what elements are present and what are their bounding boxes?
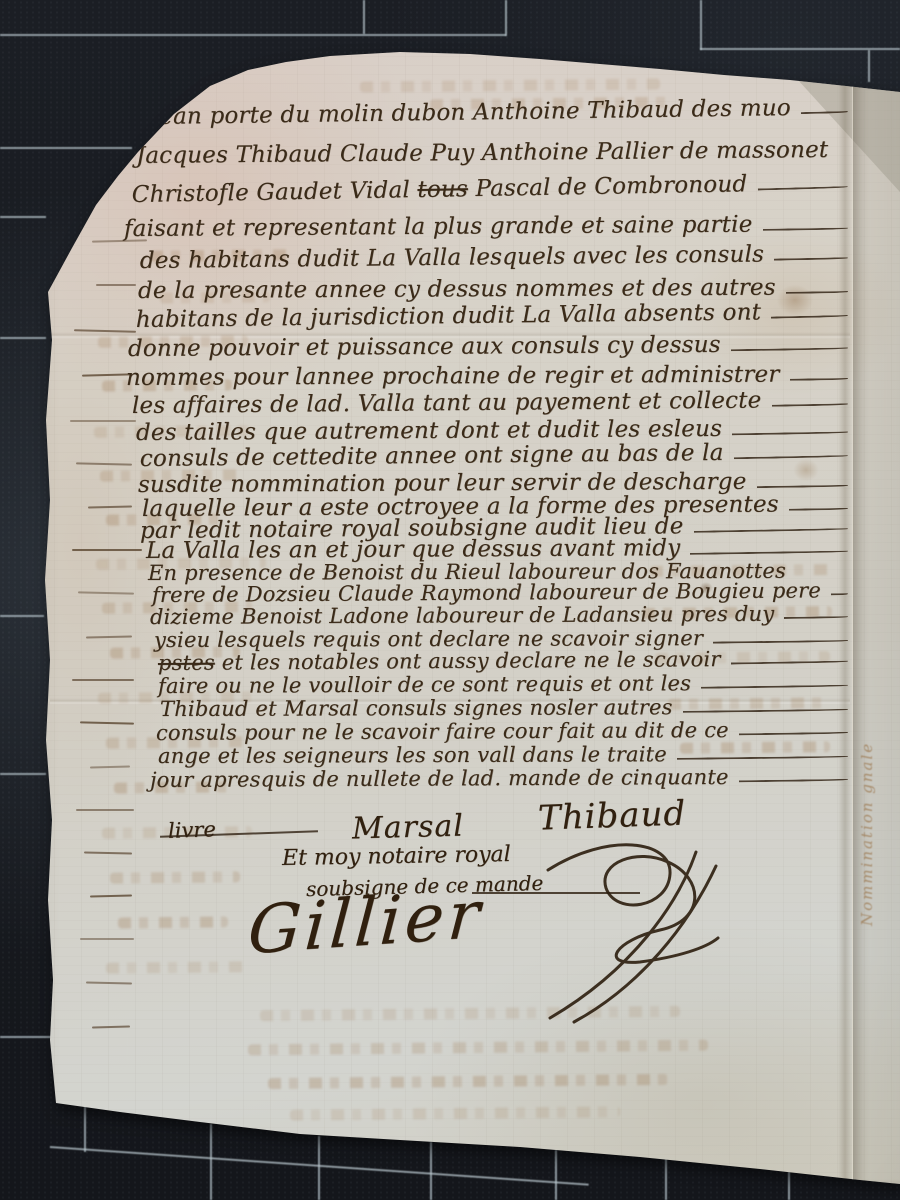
- line-filler-dash: [701, 685, 848, 689]
- manuscript-line: donne pouvoir et puissance aux consuls c…: [128, 331, 848, 362]
- line-filler-dash: [790, 378, 848, 381]
- line-filler-dash: [774, 257, 848, 260]
- line-text: Thibaud et Marsal consuls signes nosler …: [160, 695, 673, 721]
- line-filler-dash: [677, 756, 848, 760]
- manuscript-line: dizieme Benoist Ladone laboureur de Lada…: [150, 601, 848, 629]
- line-filler-dash: [739, 779, 848, 783]
- line-text: donne pouvoir et puissance aux consuls c…: [128, 332, 721, 362]
- notary-paraph: [520, 826, 730, 1026]
- manuscript-sheet-wrap: Jean porte du molin dubon Anthoine Thiba…: [0, 0, 900, 1200]
- line-filler-dash: [771, 315, 848, 319]
- line-filler-dash: [731, 347, 848, 351]
- line-filler-dash: [757, 485, 848, 488]
- line-text: dizieme Benoist Ladone laboureur de Lada…: [150, 602, 774, 629]
- verso-dash: [70, 420, 136, 422]
- verso-dash: [72, 679, 134, 681]
- vertical-docket-text: Nommination gnale: [858, 596, 876, 926]
- line-text: nommes pour lannee prochaine de regir et…: [126, 362, 780, 391]
- line-filler-dash: [683, 709, 848, 713]
- manuscript-line: consuls pour ne le scavoir faire cour fa…: [156, 717, 848, 745]
- line-text: ange et les seigneurs les son vall dans …: [158, 742, 667, 768]
- verso-dash: [76, 809, 134, 811]
- line-filler-dash: [801, 111, 848, 114]
- line-filler-dash: [713, 640, 848, 644]
- line-text: faire ou ne le voulloir de ce sont requi…: [158, 671, 691, 698]
- line-filler-dash: [786, 291, 848, 294]
- photo-scene: Jean porte du molin dubon Anthoine Thiba…: [0, 0, 900, 1200]
- manuscript-line: jour apresquis de nullete de lad. mande …: [150, 764, 848, 792]
- line-filler-dash: [771, 403, 847, 406]
- verso-dash: [72, 549, 142, 551]
- line-text: jour apresquis de nullete de lad. mande …: [150, 765, 729, 792]
- notary-attestation-line-1: Et moy notaire royal: [282, 842, 511, 871]
- line-text: Pascal de Combronoud: [468, 171, 748, 202]
- struck-word: pstes: [158, 651, 215, 675]
- line-text: Christofle Gaudet Vidal: [132, 177, 418, 208]
- line-filler-dash: [732, 432, 848, 436]
- struck-word: tous: [417, 176, 468, 203]
- line-text: consuls pour ne le scavoir faire cour fa…: [156, 718, 729, 745]
- amount-word: livre: [168, 817, 217, 843]
- verso-dash: [96, 284, 136, 286]
- line-filler-dash: [757, 186, 847, 190]
- line-filler-dash: [731, 661, 848, 665]
- line-text: faisant et representant la plus grande e…: [124, 212, 753, 242]
- line-filler-dash: [690, 551, 848, 555]
- line-filler-dash: [831, 593, 848, 595]
- manuscript-line: nommes pour lannee prochaine de regir et…: [126, 361, 848, 391]
- line-text: les affaires de lad. Valla tant au payem…: [132, 388, 762, 419]
- line-filler-dash: [789, 508, 848, 511]
- line-filler-dash: [784, 616, 848, 619]
- line-filler-dash: [693, 528, 847, 533]
- consul-signature-marsal: Marsal: [352, 809, 465, 847]
- manuscript-sheet: Jean porte du molin dubon Anthoine Thiba…: [0, 0, 900, 1200]
- line-filler-dash: [763, 228, 848, 231]
- line-filler-dash: [739, 732, 848, 736]
- bleedthrough-line: [118, 916, 228, 928]
- line-filler-dash: [734, 455, 848, 459]
- manuscript-line: faisant et representant la plus grande e…: [124, 211, 848, 242]
- bleedthrough-line: [110, 871, 240, 883]
- bleedthrough-line: [106, 961, 246, 973]
- verso-dash: [80, 938, 134, 940]
- manuscript-line: faire ou ne le voulloir de ce sont requi…: [158, 670, 848, 698]
